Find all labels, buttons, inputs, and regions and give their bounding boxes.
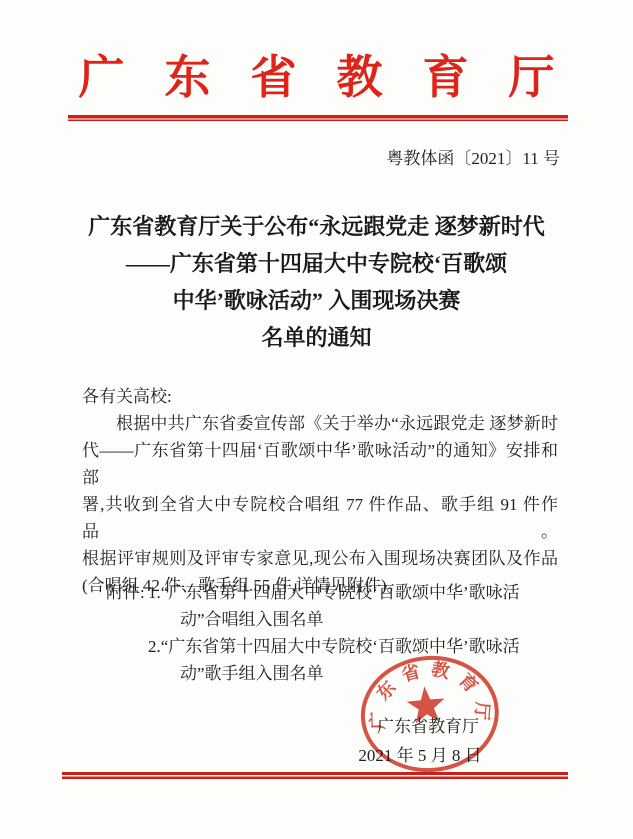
official-seal: 广东省教育厅 [344,641,515,790]
title-line-1: 广东省教育厅关于公布“永远跟党走 逐梦新时代 [0,208,633,245]
letterhead-agency: 广东省教育厅 [0,54,633,102]
letterhead-rule [68,115,568,121]
title-line-4: 名单的通知 [0,319,633,356]
seal-star-icon [405,685,446,724]
attachments-label: 附件: [106,579,145,606]
document-title: 广东省教育厅关于公布“永远跟党走 逐梦新时代 ——广东省第十四届大中专院校‘百歌… [0,208,633,356]
doc-number: 粤教体函〔2021〕11 号 [386,148,560,170]
title-line-2: ——广东省第十四届大中专院校‘百歌颂 [0,245,633,282]
salutation: 各有关高校: [82,383,558,410]
document-page: 广东省教育厅 粤教体函〔2021〕11 号 广东省教育厅关于公布“永远跟党走 逐… [0,0,633,839]
document-body: 各有关高校: 根据中共广东省委宣传部《关于举办“永远跟党走 逐梦新时 代——广东… [82,383,558,599]
attachment-item-line: 1.“广东省第十四届大中专院校‘百歌颂中华’歌咏活 [148,579,548,606]
body-paragraph-line: 根据中共广东省委宣传部《关于举办“永远跟党走 逐梦新时 [82,410,558,437]
body-paragraph-line: 根据评审规则及评审专家意见,现公布入围现场决赛团队及作品 [82,545,558,572]
footer-rule [62,772,568,779]
attachment-item-line: 动”合唱组入围名单 [148,606,548,633]
body-paragraph-line: 署,共收到全省大中专院校合唱组 77 件作品、歌手组 91 件作品。 [82,491,558,545]
body-paragraph-line: 代——广东省第十四届‘百歌颂中华’歌咏活动”的通知》安排和部 [82,437,558,491]
title-line-3: 中华’歌咏活动” 入围现场决赛 [0,282,633,319]
